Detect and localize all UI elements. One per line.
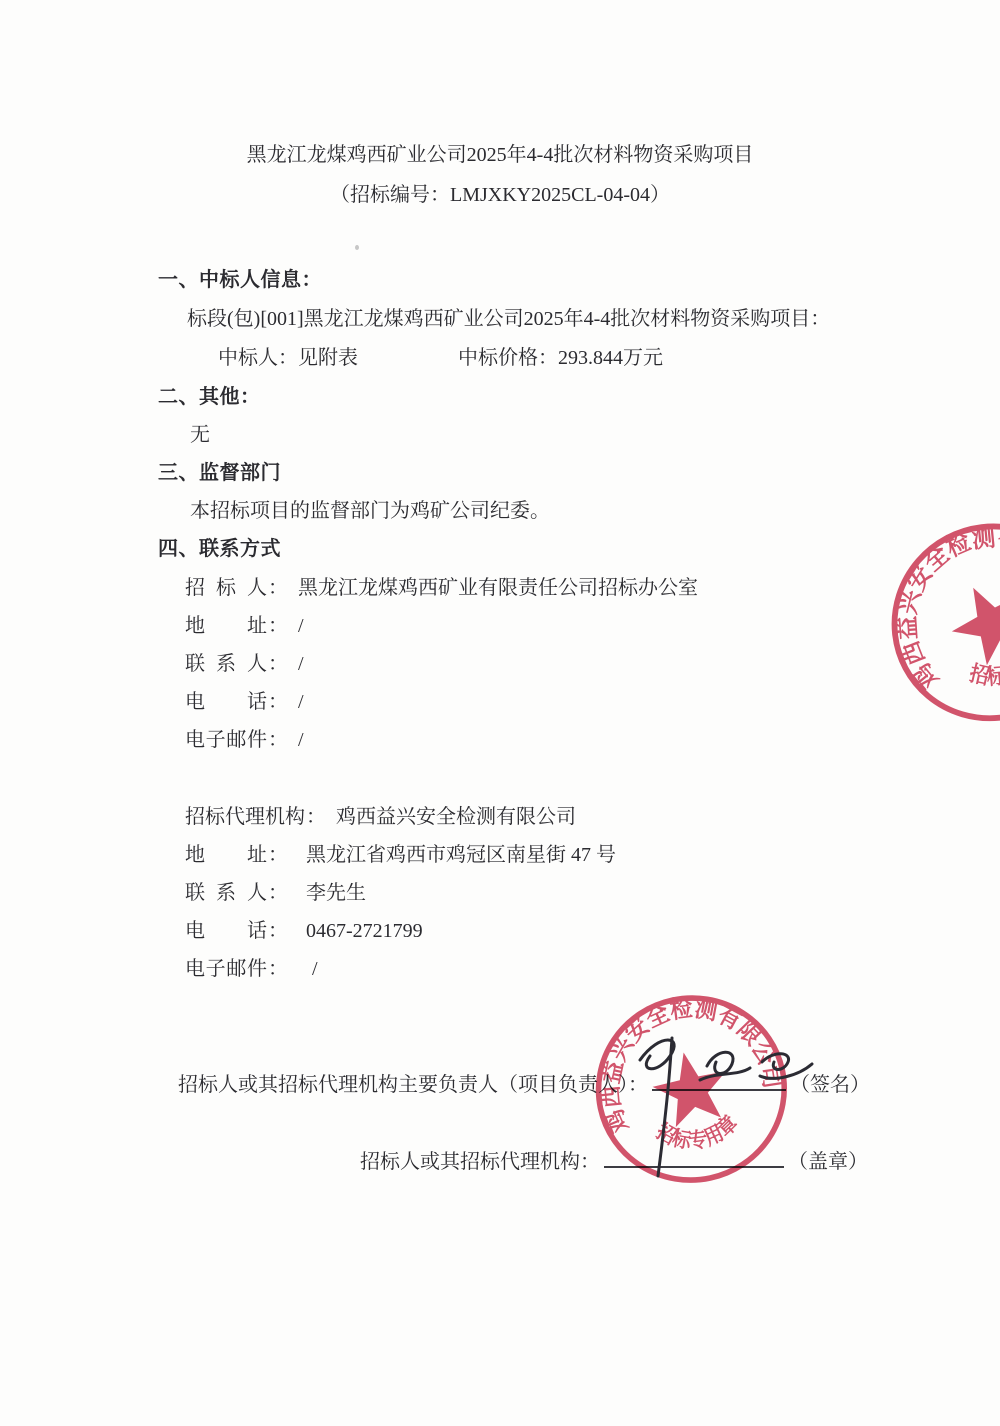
agency-row: 招标代理机构：鸡西益兴安全检测有限公司 <box>185 800 576 829</box>
colon: ： <box>268 653 288 675</box>
colon: ： <box>268 691 288 713</box>
section3-body: 本招标项目的监督部门为鸡矿公司纪委。 <box>190 494 550 523</box>
scan-speck <box>355 245 359 250</box>
colon: ： <box>268 729 288 751</box>
winner-line: 中标人：见附表中标价格：293.844万元 <box>218 341 663 370</box>
colon: ： <box>268 577 288 599</box>
winner-label: 中标人： <box>218 347 298 369</box>
colon: ： <box>268 615 288 637</box>
colon: ： <box>268 920 288 942</box>
agency-label: 联系人 <box>185 876 267 905</box>
tenderer-row: 地址：/ <box>185 609 304 638</box>
document-page: 黑龙江龙煤鸡西矿业公司2025年4-4批次材料物资采购项目 （招标编号：LMJX… <box>0 0 1000 1426</box>
tenderer-row: 联系人：/ <box>185 647 304 676</box>
agency-row: 联系人：李先生 <box>185 876 366 905</box>
winner-value: 见附表 <box>298 347 358 369</box>
tenderer-row: 招标人：黑龙江龙煤鸡西矿业有限责任公司招标办公室 <box>185 571 698 600</box>
tenderer-label: 电子邮件 <box>185 723 267 752</box>
section4-heading: 四、联系方式 <box>158 532 281 561</box>
doc-subtitle: （招标编号：LMJXKY2025CL-04-04） <box>0 178 1000 207</box>
agency-value: 李先生 <box>306 882 366 904</box>
star-icon <box>938 569 1000 672</box>
tenderer-row: 电话：/ <box>185 685 304 714</box>
colon: ： <box>268 844 288 866</box>
agency-row: 地址：黑龙江省鸡西市鸡冠区南星街 47 号 <box>185 838 616 867</box>
agency-label: 招标代理机构 <box>185 800 305 829</box>
agency-value: 鸡西益兴安全检测有限公司 <box>336 806 576 828</box>
seal-graphic: 鸡西益兴安全检测有限公司 招标专用章 <box>844 477 1000 768</box>
agency-row: 电话：0467-2721799 <box>185 914 423 943</box>
tenderer-label: 电话 <box>185 685 267 714</box>
section3-heading: 三、监督部门 <box>158 456 281 485</box>
agency-value: 0467-2721799 <box>306 920 423 942</box>
tenderer-label: 地址 <box>185 609 267 638</box>
agency-value: / <box>312 958 318 980</box>
agency-value: 黑龙江省鸡西市鸡冠区南星街 47 号 <box>306 844 616 866</box>
colon: ： <box>268 958 288 980</box>
price-label: 中标价格： <box>458 347 558 369</box>
colon: ： <box>268 882 288 904</box>
agency-row: 电子邮件：/ <box>185 952 318 981</box>
leader-signoff-label: 招标人或其招标代理机构主要负责人（项目负责人）： <box>178 1074 648 1096</box>
lot-line: 标段(包)[001]黑龙江龙煤鸡西矿业公司2025年4-4批次材料物资采购项目： <box>187 302 830 331</box>
colon: ： <box>306 806 326 828</box>
section2-heading: 二、其他： <box>158 380 261 409</box>
section2-body: 无 <box>190 418 210 447</box>
tenderer-value: / <box>298 729 304 751</box>
handwritten-signature <box>612 1018 827 1193</box>
tenderer-value: 黑龙江龙煤鸡西矿业有限责任公司招标办公室 <box>298 577 698 599</box>
agency-label: 电话 <box>185 914 267 943</box>
tenderer-label: 联系人 <box>185 647 267 676</box>
agency-label: 电子邮件 <box>185 952 267 981</box>
org-signoff-label: 招标人或其招标代理机构： <box>360 1151 600 1173</box>
agency-label: 地址 <box>185 838 267 867</box>
tenderer-value: / <box>298 691 304 713</box>
tenderer-row: 电子邮件：/ <box>185 723 304 752</box>
price-value: 293.844万元 <box>558 347 663 369</box>
company-seal-edge: 鸡西益兴安全检测有限公司 招标专用章 <box>844 477 1000 774</box>
tenderer-value: / <box>298 653 304 675</box>
page-title: 黑龙江龙煤鸡西矿业公司2025年4-4批次材料物资采购项目 <box>0 138 1000 167</box>
tenderer-value: / <box>298 615 304 637</box>
tenderer-label: 招标人 <box>185 571 267 600</box>
section1-heading: 一、中标人信息： <box>158 263 322 292</box>
